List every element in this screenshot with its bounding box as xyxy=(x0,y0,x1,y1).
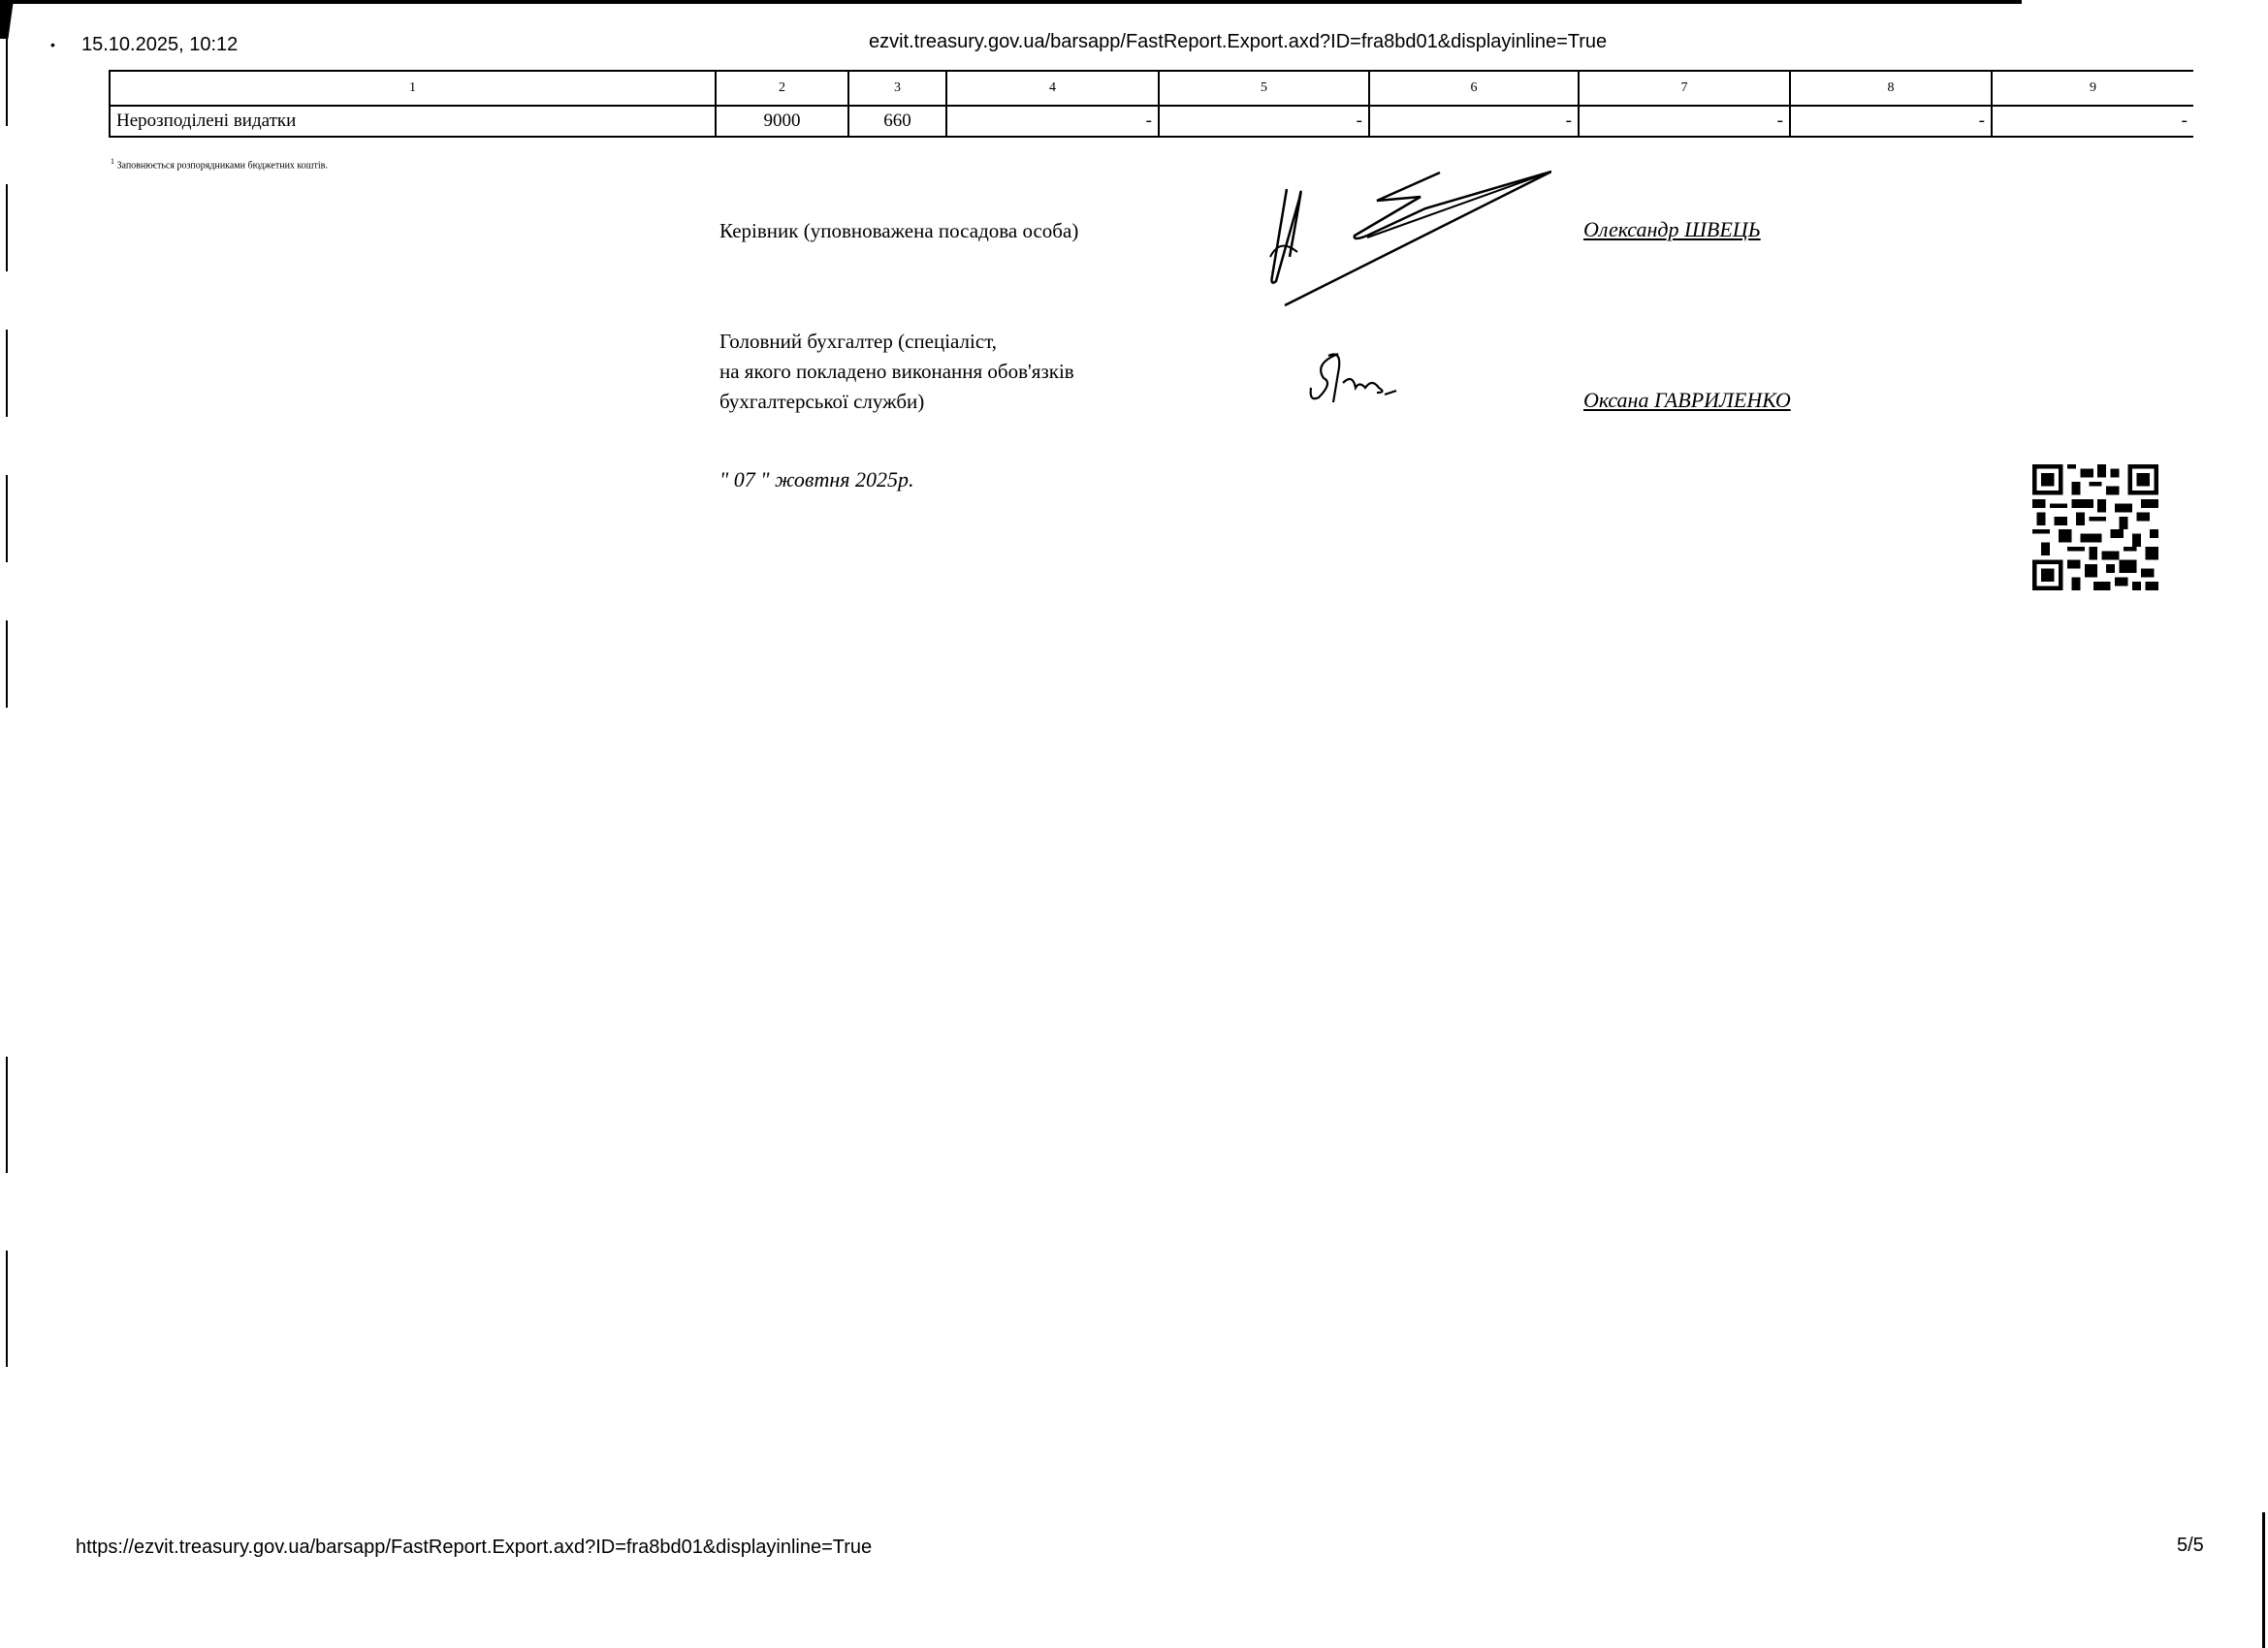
cell-value: - xyxy=(1790,106,1992,137)
column-number: 4 xyxy=(946,71,1159,106)
qr-code-icon xyxy=(2032,463,2158,591)
cell-value: - xyxy=(1579,106,1790,137)
label-line: на якого покладено виконання обов'язків xyxy=(719,357,1074,387)
table-row: Нерозподілені видатки 9000 660 - - - - -… xyxy=(110,106,2193,137)
scan-speck: • xyxy=(50,37,55,52)
scan-edge-right xyxy=(2262,1512,2265,1648)
scan-edge-top xyxy=(0,0,2022,4)
scan-edge-left-lower xyxy=(6,1057,8,1444)
print-page-url: ezvit.treasury.gov.ua/barsapp/FastReport… xyxy=(869,31,1607,53)
column-number: 7 xyxy=(1579,71,1790,106)
head-signature-label: Керівник (уповноважена посадова особа) xyxy=(719,216,1078,246)
accountant-name: Оксана ГАВРИЛЕНКО xyxy=(1583,388,1791,413)
column-number: 1 xyxy=(110,71,716,106)
column-number: 3 xyxy=(848,71,946,106)
footnote-marker: 1 xyxy=(111,157,114,166)
cell-value: - xyxy=(1369,106,1579,137)
accountant-signature-label: Головний бухгалтер (спеціаліст, на якого… xyxy=(719,327,1074,417)
column-number: 2 xyxy=(716,71,848,106)
print-datetime: 15.10.2025, 10:12 xyxy=(81,34,238,56)
footer-url: https://ezvit.treasury.gov.ua/barsapp/Fa… xyxy=(76,1537,872,1559)
signing-date: " 07 " жовтня 2025р. xyxy=(719,467,913,492)
footnote-text: Заповнюється розпорядниками бюджетних ко… xyxy=(117,160,328,171)
page-indicator: 5/5 xyxy=(2177,1535,2204,1557)
head-name: Олександр ШВЕЦЬ xyxy=(1583,217,1761,242)
column-number: 9 xyxy=(1992,71,2193,106)
column-number: 5 xyxy=(1159,71,1369,106)
cell-value: - xyxy=(1159,106,1369,137)
head-signature-icon xyxy=(1261,160,1551,315)
table-header-row: 1 2 3 4 5 6 7 8 9 xyxy=(110,71,2193,106)
scan-edge-left xyxy=(6,39,8,717)
column-number: 8 xyxy=(1790,71,1992,106)
row-name: Нерозподілені видатки xyxy=(110,106,716,137)
cell-value: 9000 xyxy=(716,106,848,137)
cell-value: 660 xyxy=(848,106,946,137)
cell-value: - xyxy=(946,106,1159,137)
footnote: 1 Заповнюється розпорядниками бюджетних … xyxy=(111,157,328,171)
column-number: 6 xyxy=(1369,71,1579,106)
label-line: Головний бухгалтер (спеціаліст, xyxy=(719,327,1074,357)
accountant-signature-icon xyxy=(1299,344,1416,412)
label-line: бухгалтерської служби) xyxy=(719,387,1074,417)
report-table: 1 2 3 4 5 6 7 8 9 Нерозподілені видатки … xyxy=(109,70,2193,138)
scan-edge-corner xyxy=(0,0,14,39)
cell-value: - xyxy=(1992,106,2193,137)
